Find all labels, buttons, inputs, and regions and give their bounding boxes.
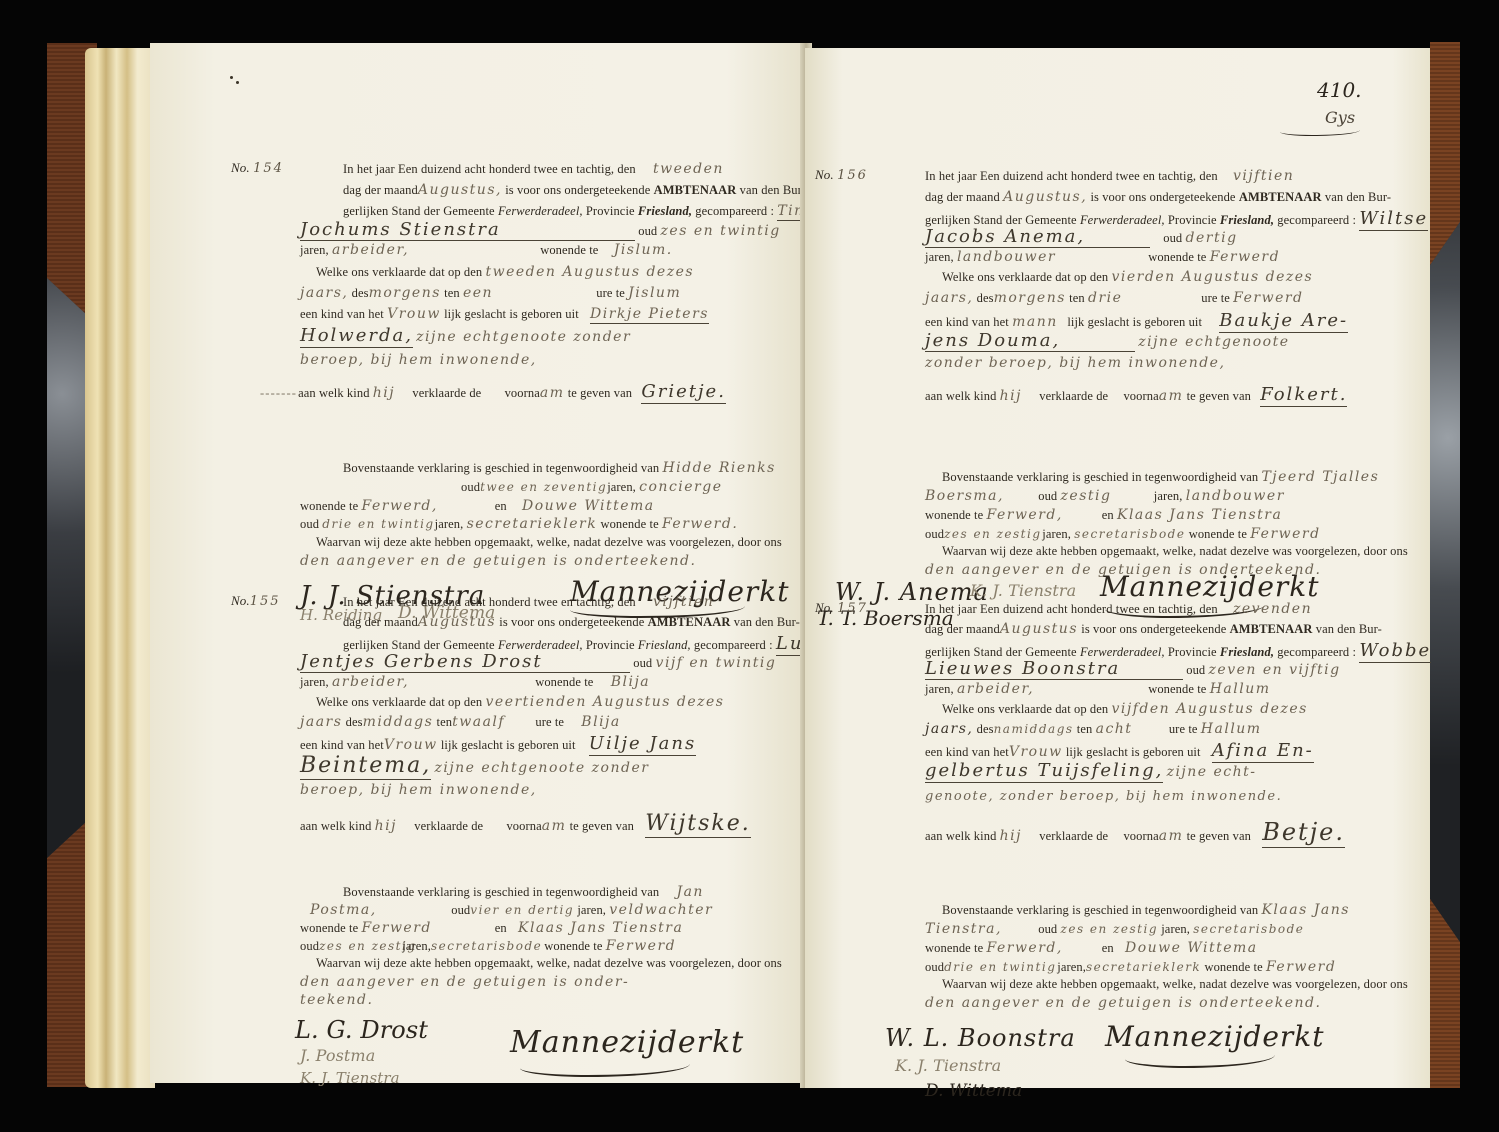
printed-text: jaren, — [925, 682, 954, 696]
handwritten-relation: zijne echt- — [1167, 764, 1257, 780]
handwritten-hour: acht — [1096, 722, 1166, 736]
printed-text: lijk geslacht is geboren uit — [441, 738, 576, 752]
printed-text: wonende te — [535, 675, 593, 689]
handwritten-witness: Jan — [676, 884, 703, 900]
handwritten-birth-place: Hallum — [1201, 721, 1262, 737]
printed-text: gerlijken Stand der Gemeente — [925, 645, 1077, 659]
printed-text: oud — [633, 656, 652, 670]
printed-text: oud — [1038, 922, 1057, 936]
handwritten-child-name: Betje. — [1262, 818, 1345, 848]
handwritten-mother: gelbertus Tuijsfeling, — [925, 760, 1163, 783]
handwritten-birth-place: Blija — [581, 714, 620, 730]
handwritten-month: Augustus — [1000, 621, 1078, 637]
handwritten-declarant: Lieuwes Boonstra — [925, 660, 1183, 680]
handwritten-pronoun: hij — [375, 818, 397, 834]
printed-text: In het jaar Een duizend acht honderd twe… — [925, 602, 1218, 616]
handwritten-age: zeven en vijftig — [1209, 662, 1341, 678]
handwritten-relation: genoote, zonder beroep, bij hem inwonend… — [925, 789, 1282, 804]
handwritten-witness: Klaas Jans — [1261, 902, 1349, 918]
handwritten-time-of-day: namiddags — [994, 722, 1074, 736]
handwritten-occupation: arbeider, — [957, 682, 1145, 696]
printed-text: ure te — [1169, 722, 1198, 736]
signature-flourish — [520, 1055, 690, 1077]
signature-flourish — [1125, 1046, 1275, 1068]
printed-text: Ferwerderadeel, — [498, 638, 583, 652]
printed-text: verklaarde de — [414, 819, 483, 833]
printed-text: wonende te — [1148, 682, 1206, 696]
entry-number: No.155 — [231, 594, 281, 608]
printed-text: wonende te — [925, 941, 983, 955]
handwritten-sex: Vrouw — [384, 737, 438, 753]
printed-text: Friesland, — [638, 638, 691, 652]
handwritten-pronoun: hij — [1000, 828, 1022, 844]
printed-text: gerlijken Stand der Gemeente — [343, 638, 495, 652]
printed-text: van den Bur- — [1316, 622, 1382, 636]
handwritten-closing: den aangever en de getuigen is onderteek… — [925, 995, 1321, 1011]
handwritten-age: zes en zestig — [1061, 922, 1158, 936]
handwritten-residence: Ferwerd — [1266, 959, 1336, 975]
handwritten-occupation: secretarisbode — [1193, 922, 1304, 936]
printed-text: Provincie — [1168, 645, 1217, 659]
handwritten-month: Augustus — [418, 614, 496, 630]
handwritten-hour: twaalf — [452, 715, 532, 729]
printed-text: Bovenstaande verklaring is geschied in t… — [942, 903, 1258, 917]
handwritten-residence: Blija — [611, 674, 650, 690]
printed-text: dag der maand — [925, 622, 1000, 636]
handwritten-closing: den aangever en de getuigen is onder- — [300, 974, 629, 990]
signature-declarant: W. L. Boonstra — [885, 1026, 1076, 1050]
printed-text: Provincie — [586, 638, 635, 652]
handwritten-closing: teekend. — [300, 992, 373, 1008]
printed-text: voorna — [1123, 829, 1158, 843]
printed-text: Welke ons verklaarde dat op den — [316, 695, 482, 709]
printed-text: Friesland, — [1220, 645, 1274, 659]
handwritten-mother: Uilje Jans — [589, 733, 696, 756]
printed-text: verklaarde de — [1039, 829, 1108, 843]
entry-157: No. 157 In het jaar Een duizend acht hon… — [805, 48, 1430, 1088]
handwritten-age: zes en zestig — [319, 940, 399, 952]
printed-text: jaren, — [300, 675, 329, 689]
printed-text: ure te — [535, 715, 564, 729]
handwritten-occupation: secretarieklerk — [1086, 960, 1201, 974]
signature-declarant: L. G. Drost — [295, 1018, 428, 1042]
left-page: No. 154 In het jaar Een duizend acht hon… — [150, 43, 805, 1083]
handwritten-relation: beroep, bij hem inwonende, — [300, 782, 537, 798]
printed-text: jaren, — [402, 939, 431, 953]
handwritten-residence: Ferwerd, — [987, 941, 1099, 955]
printed-text: In het jaar Een duizend acht honderd twe… — [343, 595, 636, 609]
signature-witness: K. J. Tienstra — [895, 1058, 1001, 1074]
handwritten-relation: zijne echtgenoote zonder — [434, 760, 649, 776]
handwritten-birth-date: vijfden Augustus dezes — [1112, 701, 1308, 717]
handwritten-residence: Ferwerd — [606, 938, 676, 954]
printed-text: Waarvan wij deze akte hebben opgemaakt, … — [942, 977, 1408, 991]
handwritten-witness: Tienstra, — [925, 922, 1035, 936]
printed-text: wonende te — [544, 939, 602, 953]
handwritten-witness: Douwe Wittema — [1125, 940, 1258, 956]
page-edge-stack — [85, 48, 155, 1088]
handwritten-declarant: Jentjes Gerbens Drost — [300, 653, 630, 673]
handwritten-text: jaars, — [925, 721, 973, 737]
signature-registrar: Mannezijderkt — [510, 1028, 744, 1058]
handwritten-day: zevenden — [1233, 601, 1312, 617]
signature-witness: K. J. Tienstra — [300, 1071, 400, 1086]
open-register-book: No. 154 In het jaar Een duizend acht hon… — [0, 0, 1499, 1132]
handwritten-sex: Vrouw — [1009, 744, 1063, 760]
printed-text: een kind van het — [300, 738, 384, 752]
printed-text: gecompareerd : — [694, 638, 773, 652]
printed-text: lijk geslacht is geboren uit — [1066, 745, 1201, 759]
printed-text: aan welk kind — [300, 819, 371, 833]
signature-witness: J. Postma — [300, 1048, 375, 1064]
printed-text: Welke ons verklaarde dat op den — [942, 702, 1108, 716]
handwritten-birth-date: veertienden Augustus dezes — [486, 694, 725, 710]
handwritten-age: vijf en twintig — [656, 655, 777, 671]
handwritten-residence: Hallum — [1210, 681, 1271, 697]
printed-text: jaren, — [1057, 960, 1086, 974]
printed-text: wonende te — [300, 921, 358, 935]
printed-text: Bovenstaande verklaring is geschied in t… — [343, 885, 659, 899]
handwritten-mother: Beintema, — [300, 753, 431, 780]
printed-text: te geven van — [570, 819, 634, 833]
handwritten-mother: Afina En- — [1212, 740, 1314, 763]
printed-text: een kind van het — [925, 745, 1009, 759]
printed-text: Ferwerderadeel, — [1080, 645, 1165, 659]
printed-text: en — [1102, 941, 1114, 955]
printed-text: gecompareerd : — [1277, 645, 1356, 659]
printed-text: dag der maand — [343, 615, 418, 629]
handwritten-time-of-day: middags — [363, 714, 434, 730]
printed-text: AMBTENAAR — [1230, 622, 1313, 636]
printed-text: van den Bur- — [734, 615, 800, 629]
printed-text: oud — [925, 960, 944, 974]
handwritten-age: vier en dertig — [470, 903, 574, 917]
printed-text: ten — [1077, 722, 1093, 736]
handwritten-witness: Klaas Jans Tienstra — [518, 920, 683, 936]
handwritten-day: vijftien — [653, 594, 714, 610]
printed-text: AMBTENAAR — [648, 615, 731, 629]
handwritten-occupation: secretarisbode — [431, 940, 541, 952]
handwritten-child-name: Wijtske. — [645, 811, 751, 838]
handwritten-occupation: veldwachter — [609, 902, 713, 918]
printed-text: voorna — [506, 819, 541, 833]
printed-text: oud — [1186, 663, 1205, 677]
printed-text: en — [495, 921, 507, 935]
printed-text: Waarvan wij deze akte hebben opgemaakt, … — [316, 956, 782, 970]
right-cover-cloth — [1430, 42, 1460, 1088]
printed-text: te geven van — [1187, 829, 1251, 843]
printed-text: oud — [451, 903, 470, 917]
printed-text: wonende te — [1204, 960, 1262, 974]
printed-text: jaren, — [1161, 922, 1190, 936]
right-page: 410. Gys No. 156 In het jaar Een duizend… — [805, 48, 1430, 1088]
printed-text: des — [977, 722, 994, 736]
handwritten-text: am — [542, 818, 567, 834]
printed-text: is voor ons ondergeteekende — [1081, 622, 1226, 636]
handwritten-declarant: Wobbe — [1359, 640, 1431, 663]
printed-text: is voor ons ondergeteekende — [499, 615, 644, 629]
printed-text: jaren, — [577, 903, 606, 917]
printed-text: ten — [437, 715, 453, 729]
handwritten-witness: Postma, — [310, 903, 448, 917]
signature-witness: D. Wittema — [925, 1083, 1022, 1100]
printed-text: aan welk kind — [925, 829, 996, 843]
entry-number: No. 157 — [815, 601, 868, 615]
printed-text: des — [346, 715, 363, 729]
handwritten-text: am — [1159, 828, 1184, 844]
entry-155: No.155 In het jaar Een duizend acht hond… — [150, 43, 805, 1083]
handwritten-residence: Ferwerd — [362, 921, 492, 935]
printed-text: oud — [300, 939, 319, 953]
handwritten-occupation: arbeider, — [332, 675, 532, 689]
handwritten-text: jaars — [300, 714, 342, 730]
handwritten-age: drie en twintig — [944, 961, 1054, 973]
right-cover-marble — [1430, 222, 1460, 942]
